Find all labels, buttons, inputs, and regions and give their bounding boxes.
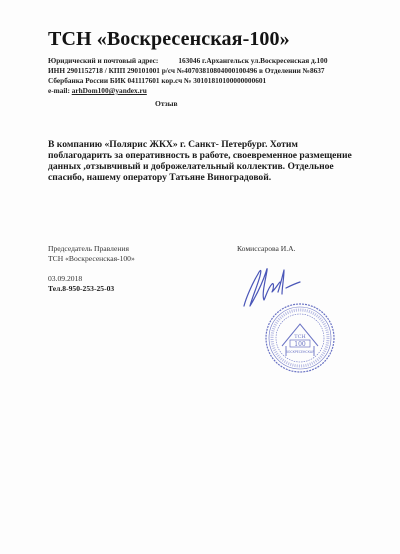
email-link[interactable]: arhDom100@yandex.ru (72, 86, 147, 95)
signatory-organization: ТСН «Воскресенская-100» (48, 254, 135, 264)
body-line: данных ,отзывчивый и доброжелательный ко… (48, 161, 368, 172)
svg-text:ВОСКРЕСЕНСКАЯ: ВОСКРЕСЕНСКАЯ (286, 350, 315, 354)
bank-line: Сбербанка России БИК 041117601 кор.сч № … (48, 76, 266, 86)
letter-page: ТСН «Воскресенская-100» Юридический и по… (0, 0, 400, 554)
contact-phone: Тел.8-950-253-25-03 (48, 284, 135, 294)
letter-date: 03.09.2018 (48, 274, 135, 284)
org-title: ТСН «Воскресенская-100» (48, 28, 290, 51)
address-label: Юридический и почтовый адрес: (48, 56, 158, 65)
email-label: e-mail: (48, 86, 70, 95)
svg-text:100: 100 (294, 341, 306, 348)
signatory-block: Председатель Правления ТСН «Воскресенска… (48, 244, 135, 294)
body-line: спасибо, нашему оператору Татьяне Виногр… (48, 172, 368, 183)
letter-body: В компанию «Полярис ЖКХ» г. Санкт- Петер… (48, 139, 368, 183)
document-heading: Отзыв (155, 99, 178, 108)
address-line: Юридический и почтовый адрес:163046 г.Ар… (48, 56, 327, 66)
signatory-name: Комиссарова И.А. (237, 244, 296, 253)
inn-line: ИНН 2901152718 / КПП 290101001 р/сч №407… (48, 66, 325, 76)
address-value: 163046 г.Архангельск ул.Воскресенская д.… (178, 56, 327, 65)
svg-text:ТСН: ТСН (294, 334, 306, 340)
body-line: поблагодарить за оперативность в работе,… (48, 150, 368, 161)
email-line: e-mail: arhDom100@yandex.ru (48, 86, 147, 96)
body-line: В компанию «Полярис ЖКХ» г. Санкт- Петер… (48, 139, 368, 150)
official-stamp-icon: ТСН 100 ВОСКРЕСЕНСКАЯ (264, 302, 336, 374)
signatory-position: Председатель Правления (48, 244, 135, 254)
